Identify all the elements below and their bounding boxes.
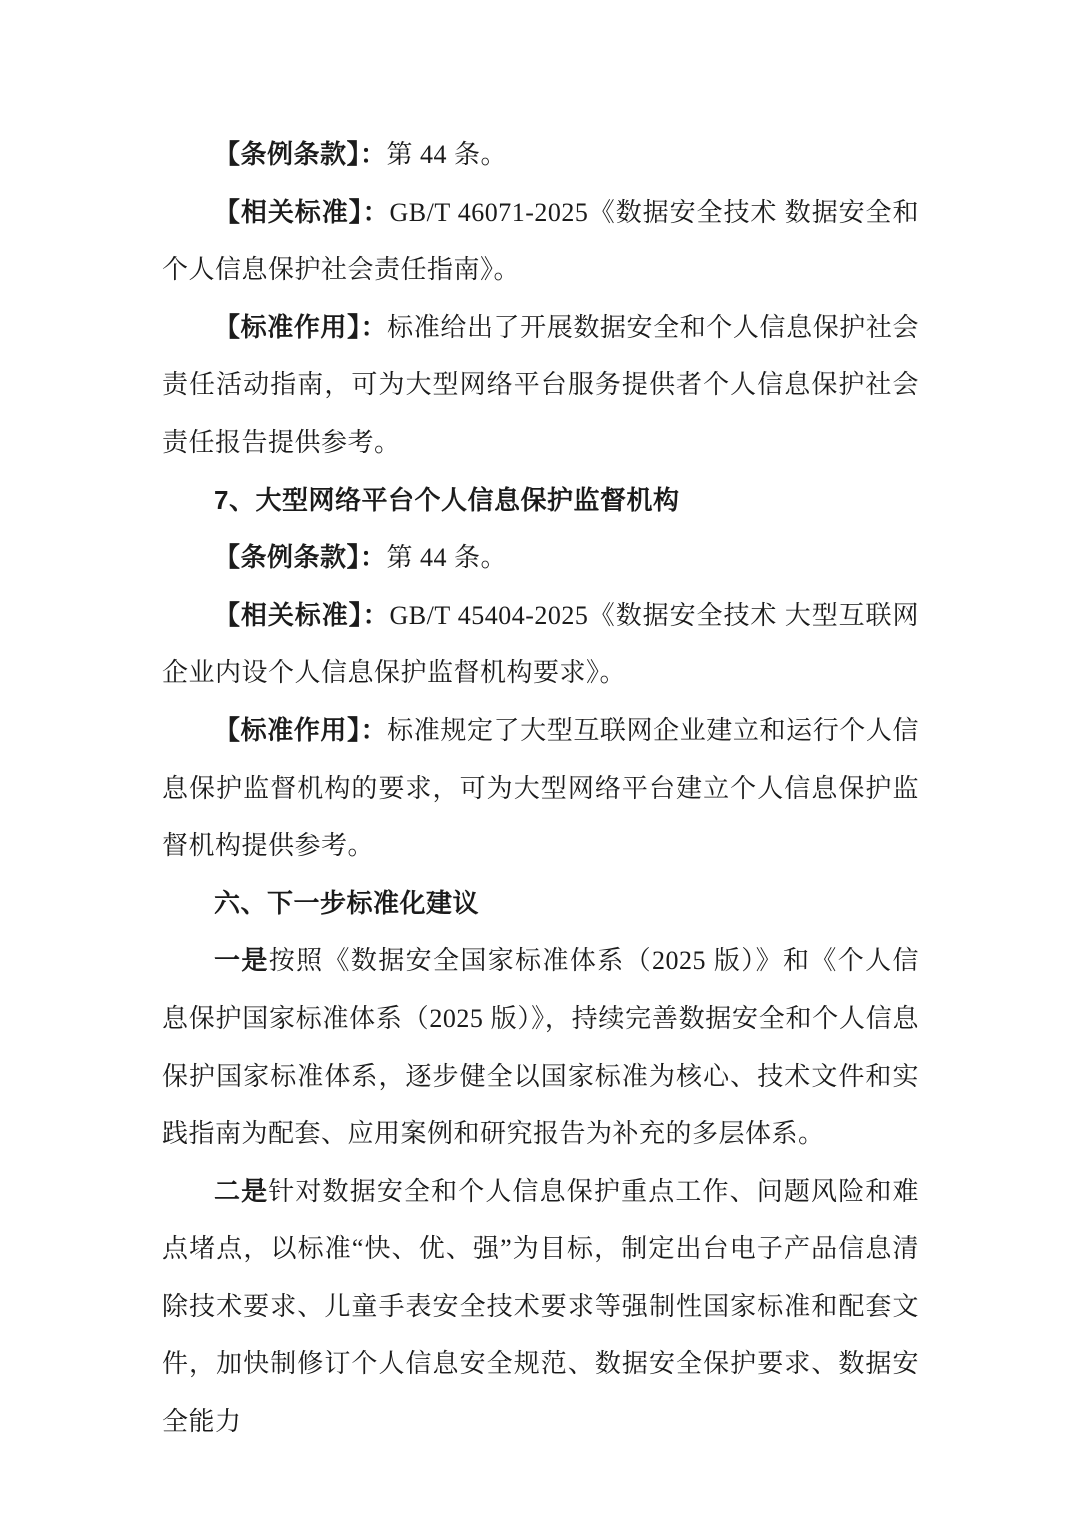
bold-label: 【标准作用】： <box>214 715 387 745</box>
bold-label: 【相关标准】： <box>214 197 390 227</box>
bold-label: 【相关标准】： <box>214 600 390 630</box>
section-heading: 六、下一步标准化建议 <box>162 875 919 933</box>
paragraph: 【相关标准】：GB/T 45404-2025《数据安全技术 大型互联网企业内设个… <box>162 587 919 702</box>
text-run: 第 44 条。 <box>387 140 508 169</box>
bold-label: 一是 <box>214 945 269 975</box>
paragraph: 【条例条款】：第 44 条。 <box>162 126 919 184</box>
paragraph: 【条例条款】：第 44 条。 <box>162 529 919 587</box>
document-page: 【条例条款】：第 44 条。【相关标准】：GB/T 46071-2025《数据安… <box>0 0 1080 1527</box>
bold-label: 【条例条款】： <box>214 542 387 572</box>
bold-label: 六、下一步标准化建议 <box>214 888 479 918</box>
section-heading: 7、大型网络平台个人信息保护监督机构 <box>162 472 919 530</box>
text-run: 按照《数据安全国家标准体系（2025 版）》和《个人信息保护国家标准体系（202… <box>162 946 919 1148</box>
paragraph: 【标准作用】：标准给出了开展数据安全和个人信息保护社会责任活动指南，可为大型网络… <box>162 299 919 472</box>
paragraph: 【标准作用】：标准规定了大型互联网企业建立和运行个人信息保护监督机构的要求，可为… <box>162 702 919 875</box>
bold-label: 【标准作用】： <box>214 312 387 342</box>
text-run: 针对数据安全和个人信息保护重点工作、问题风险和难点堵点，以标准“快、优、强”为目… <box>162 1177 919 1436</box>
paragraph: 二是针对数据安全和个人信息保护重点工作、问题风险和难点堵点，以标准“快、优、强”… <box>162 1163 919 1451</box>
paragraph: 【相关标准】：GB/T 46071-2025《数据安全技术 数据安全和个人信息保… <box>162 184 919 299</box>
bold-label: 7、大型网络平台个人信息保护监督机构 <box>214 485 679 515</box>
paragraph: 一是按照《数据安全国家标准体系（2025 版）》和《个人信息保护国家标准体系（2… <box>162 932 919 1162</box>
bold-label: 二是 <box>214 1176 268 1206</box>
text-run: 第 44 条。 <box>387 543 508 572</box>
bold-label: 【条例条款】： <box>214 139 387 169</box>
document-content: 【条例条款】：第 44 条。【相关标准】：GB/T 46071-2025《数据安… <box>162 126 919 1451</box>
